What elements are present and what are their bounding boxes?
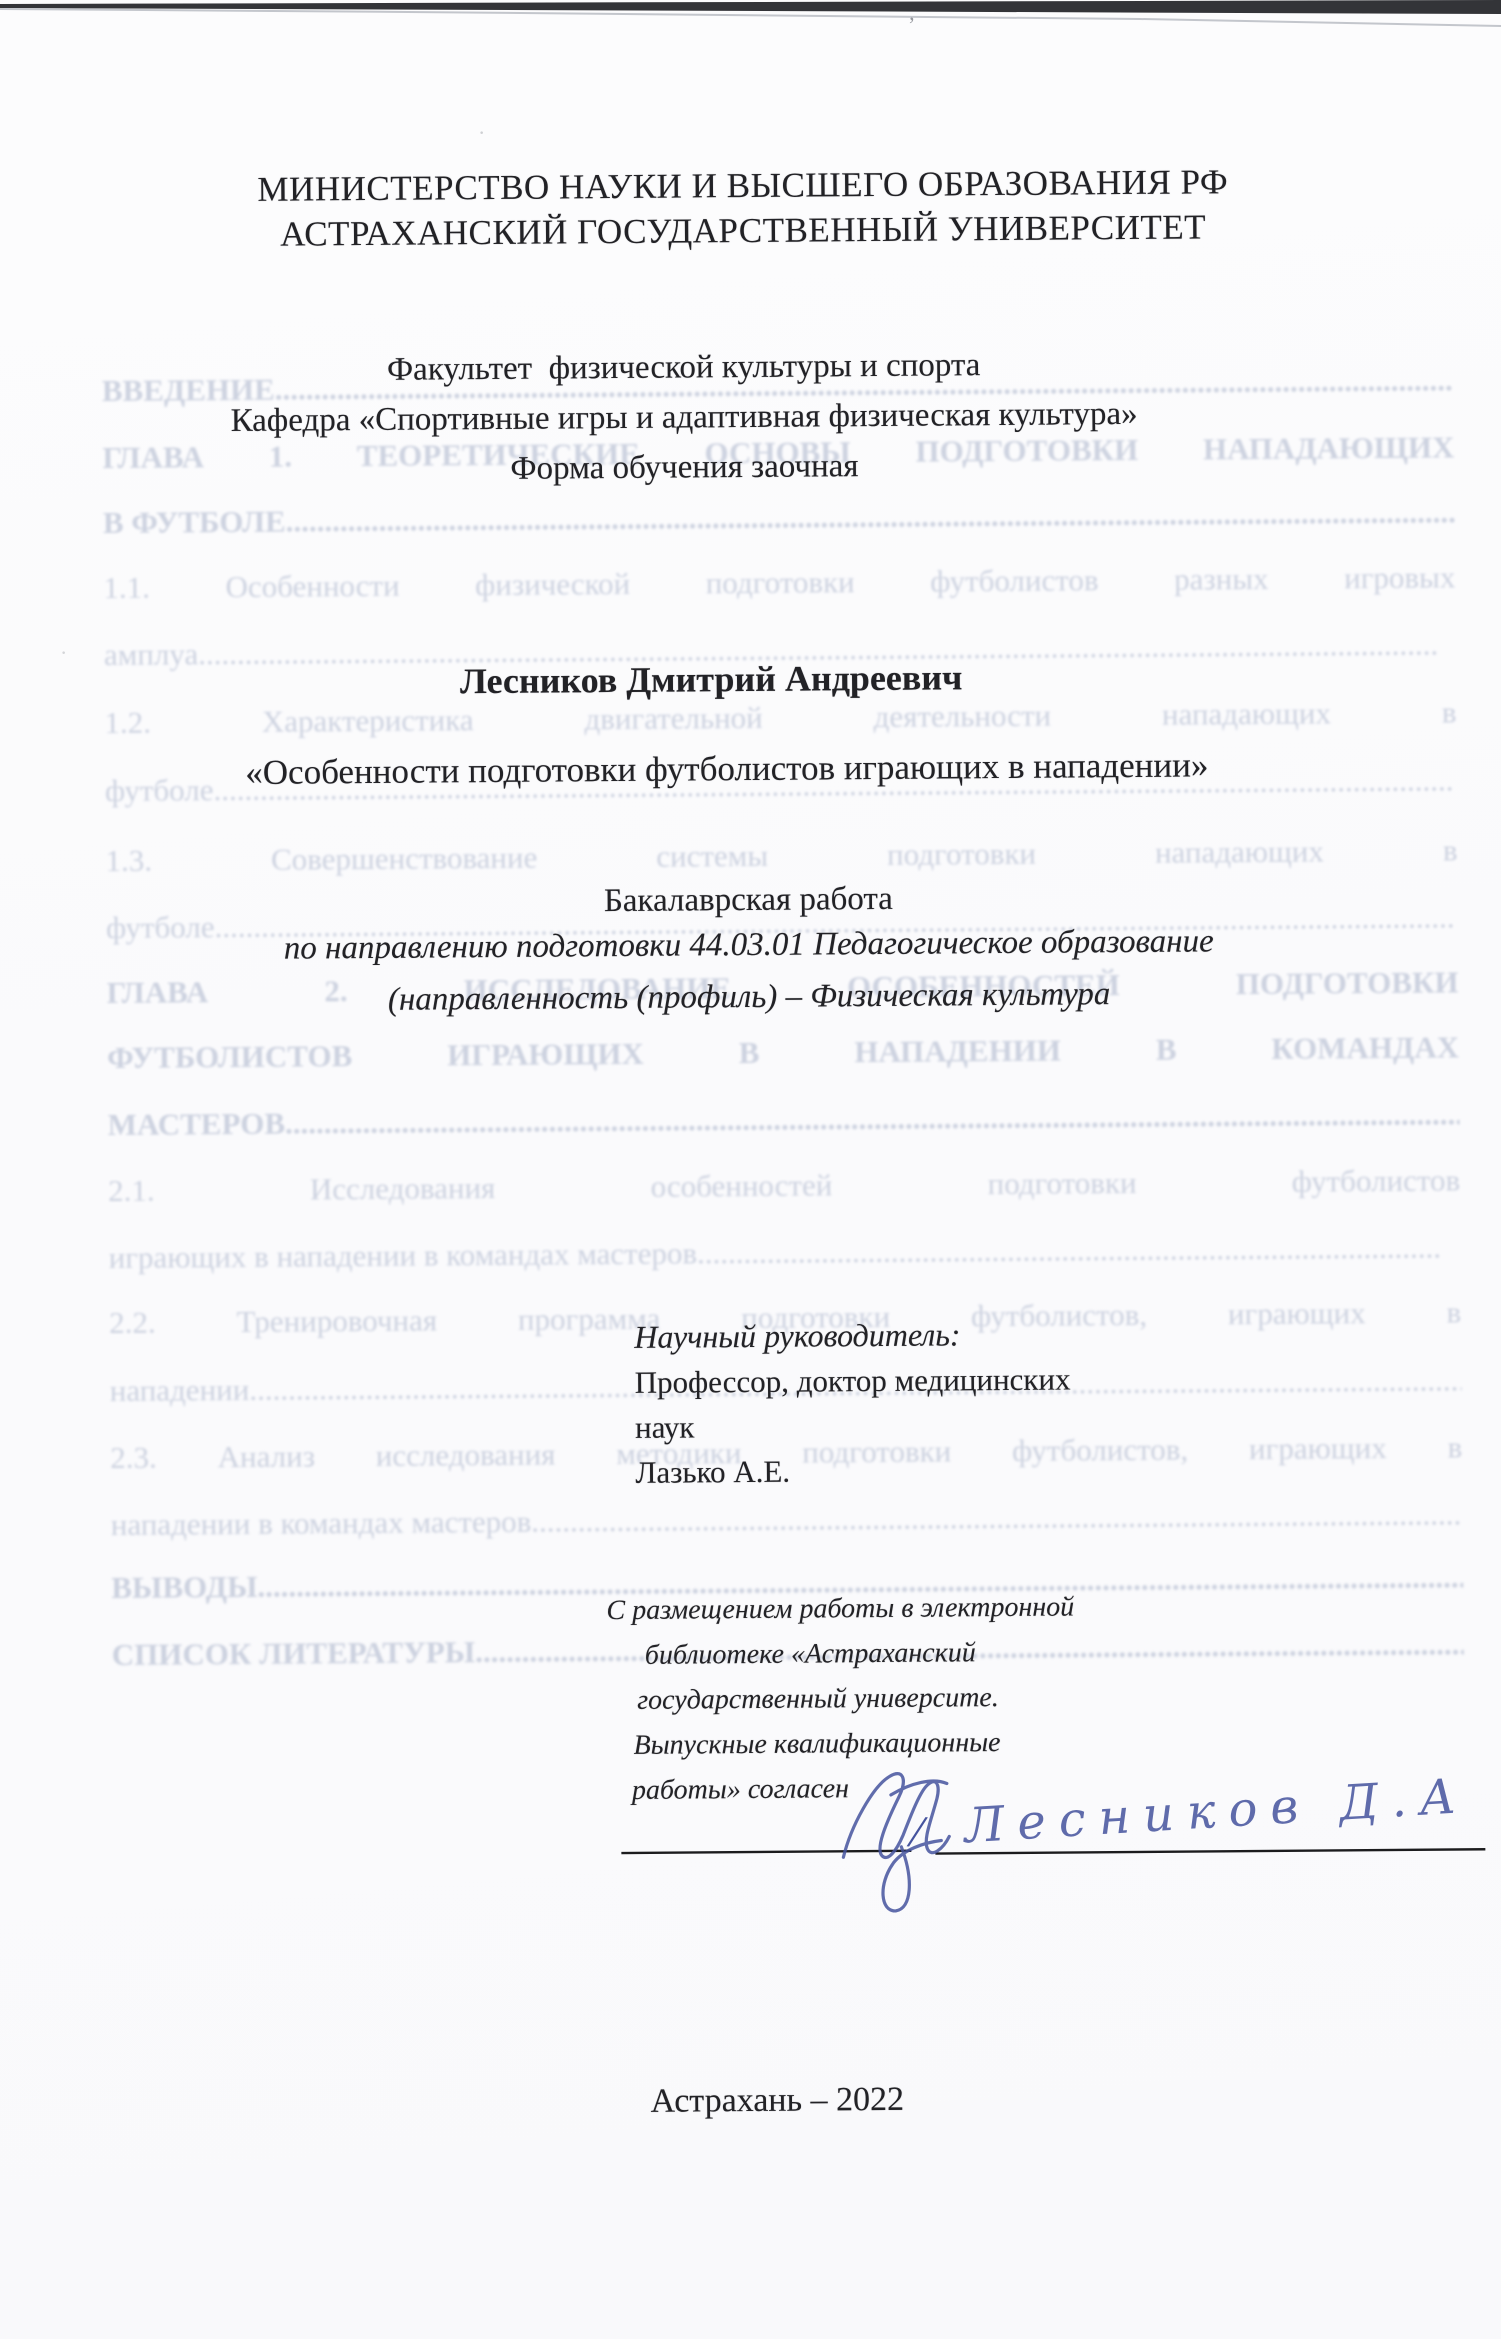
bleedthrough-toc-line: МАСТЕРОВ................................… bbox=[107, 1096, 1459, 1143]
bleedthrough-toc-line: нападении в командах мастеров...........… bbox=[111, 1496, 1463, 1543]
consent-line-1: С размещением работы в электронной bbox=[606, 1591, 1074, 1627]
consent-line-2: библиотеке «Астраханский bbox=[645, 1637, 976, 1672]
bleedthrough-toc-line: играющих в нападении в командах мастеров… bbox=[109, 1229, 1461, 1276]
supervisor-degree-line-2: наук bbox=[635, 1409, 695, 1445]
supervisor-label: Научный руководитель: bbox=[634, 1316, 960, 1356]
bleedthrough-toc-line: 2.1. Исследования особенностей подготовк… bbox=[108, 1162, 1460, 1209]
scanned-page: ’ · · ВВЕДЕНИЕ..........................… bbox=[0, 0, 1501, 2339]
bleedthrough-toc-line: В ФУТБОЛЕ...............................… bbox=[103, 494, 1455, 541]
ministry-line: МИНИСТЕРСТВО НАУКИ И ВЫСШЕГО ОБРАЗОВАНИЯ… bbox=[0, 160, 1493, 212]
signature-line bbox=[621, 1851, 911, 1853]
handwritten-name: Лесников Д.А bbox=[961, 1768, 1471, 1854]
signature-block: Лесников Д.А bbox=[593, 1746, 1501, 1943]
signature-stroke bbox=[843, 1773, 950, 1911]
university-line: АСТРАХАНСКИЙ ГОСУДАРСТВЕННЫЙ УНИВЕРСИТЕТ bbox=[0, 205, 1494, 257]
bleedthrough-toc-line: 1.3. Совершенствование системы подготовк… bbox=[105, 832, 1457, 879]
bleedthrough-toc-line: 1.1. Особенности физической подготовки ф… bbox=[103, 559, 1455, 606]
supervisor-degree-line-1: Профессор, доктор медицинских bbox=[635, 1361, 1071, 1400]
city-year-line: Астрахань – 2022 bbox=[7, 2076, 1501, 2126]
supervisor-name: Лазько А.Е. bbox=[635, 1454, 790, 1491]
consent-line-3: государственный университе. bbox=[637, 1682, 999, 1717]
bleedthrough-toc-line: ФУТБОЛИСТОВ ИГРАЮЩИХ В НАПАДЕНИИ В КОМАН… bbox=[107, 1029, 1459, 1076]
